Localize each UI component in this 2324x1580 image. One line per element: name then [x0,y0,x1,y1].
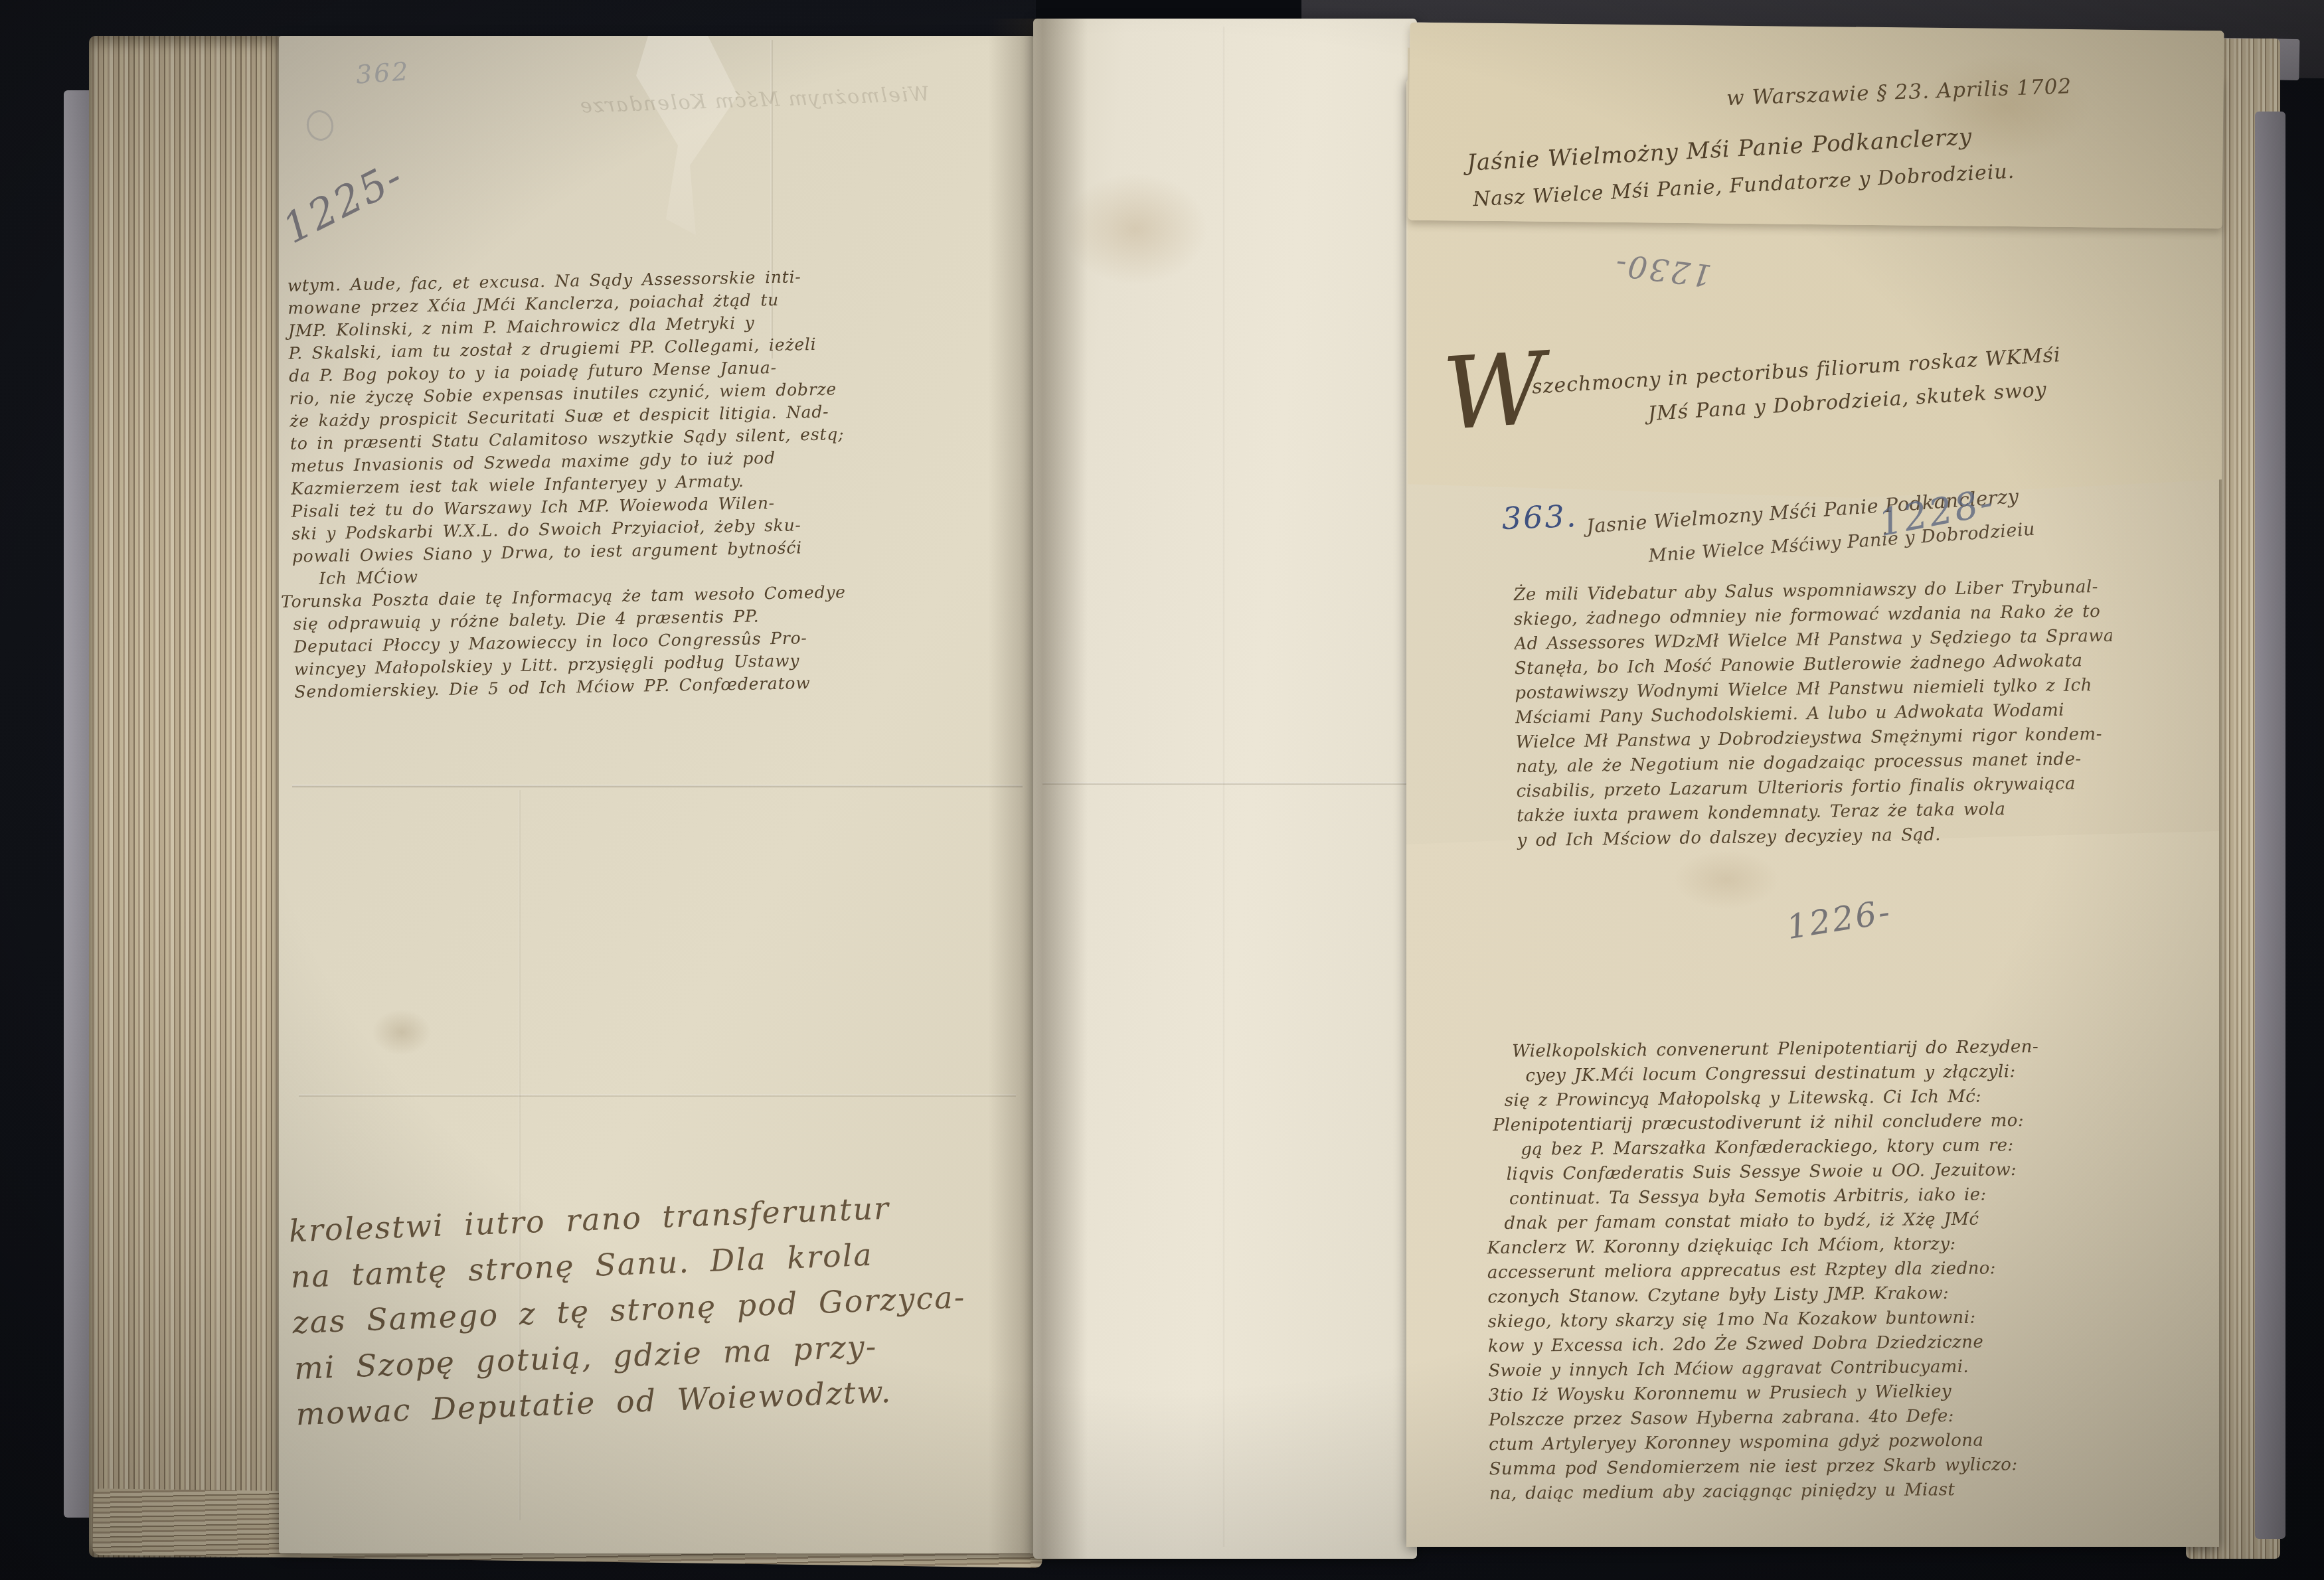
right-page-text-block-2: Wielkopolskich convenerunt Plenipotentia… [1485,1034,2127,1506]
cover-board-right [2255,112,2285,1539]
fold-crease [1222,27,1224,1547]
right-page-text-block-1: Że mili Videbatur aby Salus wspomniawszy… [1513,575,2115,857]
left-page-text-block: wtym. Aude, fac, et excusa. Na Sądy Asse… [287,262,1038,703]
middle-blank-leaf [1033,19,1417,1559]
faint-folio-number: 362 [355,56,411,90]
entry-number-363: 363. [1501,498,1578,536]
left-page-lower-note: krolestwi iutro rano transferunturna tam… [288,1182,1000,1437]
page-edges-left [89,36,286,1557]
fold-crease [292,785,1023,787]
fold-crease [299,1094,1016,1097]
fold-crease [1042,782,1408,785]
decorative-initial-w: W [1440,339,1548,445]
manuscript-photo: 362 Wielmożnym Mśćm Kolendarze 1225- wty… [0,0,2324,1580]
